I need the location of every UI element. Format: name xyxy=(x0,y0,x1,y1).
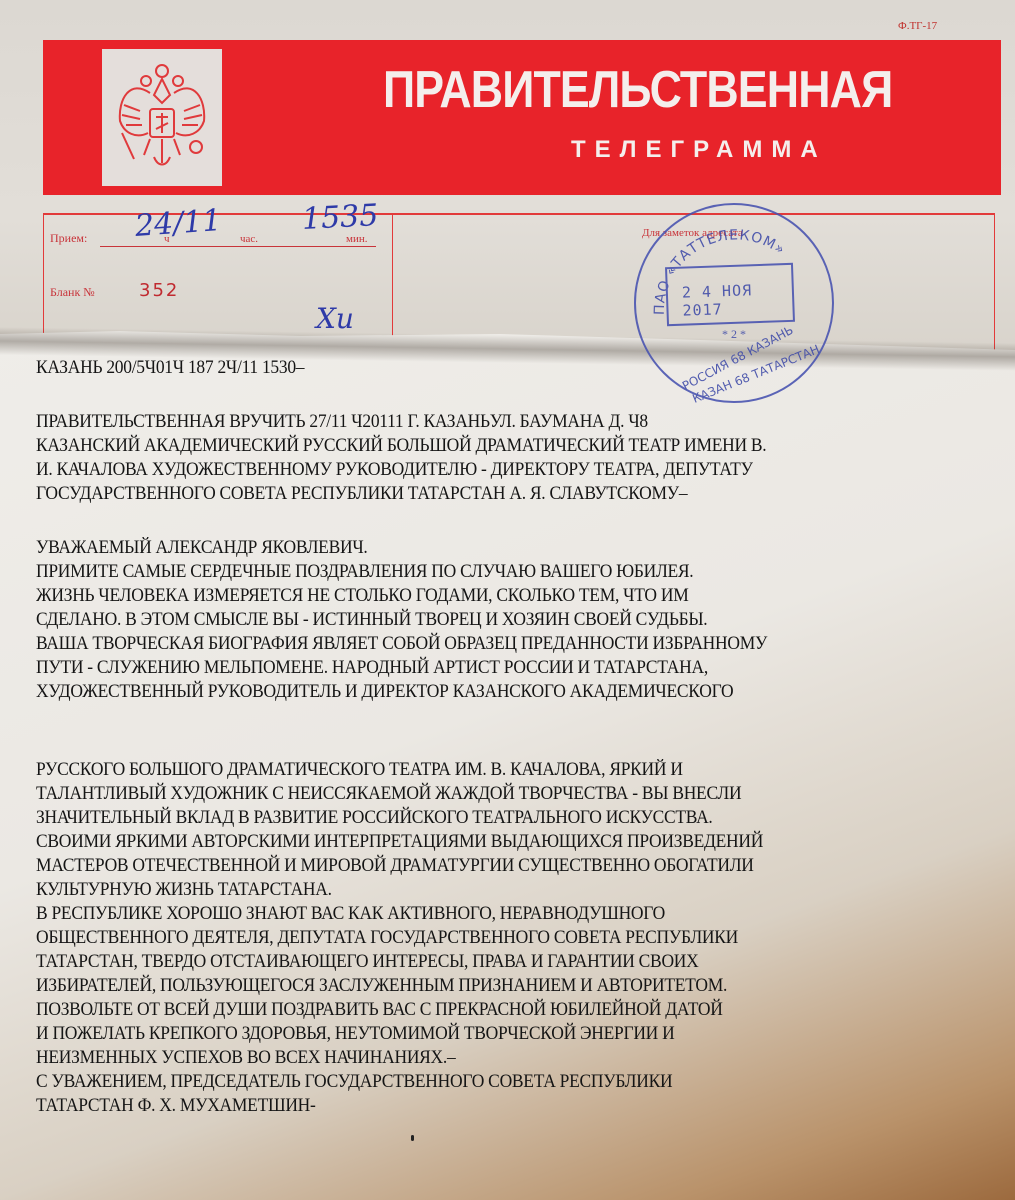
postal-stamp: ПАО «ТАТТЕЛЕКОМ» 2 4 НОЯ 2017 * 2 * РОСС… xyxy=(634,203,834,403)
body-line: ЖИЗНЬ ЧЕЛОВЕКА ИЗМЕРЯЕТСЯ НЕ СТОЛЬКО ГОД… xyxy=(36,584,767,608)
body-line: РУССКОГО БОЛЬШОГО ДРАМАТИЧЕСКОГО ТЕАТРА … xyxy=(36,758,763,782)
address-line: И. КАЧАЛОВА ХУДОЖЕСТВЕННОМУ РУКОВОДИТЕЛЮ… xyxy=(36,458,766,482)
telegram-header-line: КАЗАНЬ 200/5Ч01Ч 187 2Ч/11 1530– xyxy=(36,356,304,380)
address-line: ПРАВИТЕЛЬСТВЕННАЯ ВРУЧИТЬ 27/11 Ч20111 Г… xyxy=(36,410,766,434)
banner-title: ПРАВИТЕЛЬСТВЕННАЯ xyxy=(383,60,909,120)
body-line: С УВАЖЕНИЕМ, ПРЕДСЕДАТЕЛЬ ГОСУДАРСТВЕННО… xyxy=(36,1070,763,1094)
body-line: СДЕЛАНО. В ЭТОМ СМЫСЛЕ ВЫ - ИСТИННЫЙ ТВО… xyxy=(36,608,767,632)
body-line: ПУТИ - СЛУЖЕНИЮ МЕЛЬПОМЕНЕ. НАРОДНЫЙ АРТ… xyxy=(36,656,767,680)
telegram-body-part-2: РУССКОГО БОЛЬШОГО ДРАМАТИЧЕСКОГО ТЕАТРА … xyxy=(36,758,763,1118)
body-line: ИЗБИРАТЕЛЕЙ, ПОЛЬЗУЮЩЕГОСЯ ЗАСЛУЖЕННЫМ П… xyxy=(36,974,763,998)
banner-subtitle: ТЕЛЕГРАММА xyxy=(571,136,827,164)
telegram-address: ПРАВИТЕЛЬСТВЕННАЯ ВРУЧИТЬ 27/11 Ч20111 Г… xyxy=(36,410,766,506)
address-line: КАЗАНСКИЙ АКАДЕМИЧЕСКИЙ РУССКИЙ БОЛЬШОЙ … xyxy=(36,434,766,458)
blank-number: 352 xyxy=(139,280,179,301)
body-line: И ПОЖЕЛАТЬ КРЕПКОГО ЗДОРОВЬЯ, НЕУТОМИМОЙ… xyxy=(36,1022,763,1046)
telegram-body-part-1: УВАЖАЕМЫЙ АЛЕКСАНДР ЯКОВЛЕВИЧ. ПРИМИТЕ С… xyxy=(36,536,767,704)
handwritten-date: 24/11 xyxy=(134,203,223,244)
receipt-underline xyxy=(100,246,376,247)
body-line: ВАША ТВОРЧЕСКАЯ БИОГРАФИЯ ЯВЛЯЕТ СОБОЙ О… xyxy=(36,632,767,656)
body-line: ТАТАРСТАН, ТВЕРДО ОТСТАИВАЮЩЕГО ИНТЕРЕСЫ… xyxy=(36,950,763,974)
body-line: СВОИМИ ЯРКИМИ АВТОРСКИМИ ИНТЕРПРЕТАЦИЯМИ… xyxy=(36,830,763,854)
stamp-marker: * 2 * xyxy=(722,327,746,342)
form-code: Ф.ТГ-17 xyxy=(898,20,937,32)
body-line: НЕИЗМЕННЫХ УСПЕХОВ ВО ВСЕХ НАЧИНАНИЯХ.– xyxy=(36,1046,763,1070)
body-line: В РЕСПУБЛИКЕ ХОРОШО ЗНАЮТ ВАС КАК АКТИВН… xyxy=(36,902,763,926)
stamp-date: 2 4 НОЯ 2017 xyxy=(682,280,793,320)
hour-label: час. xyxy=(240,233,258,245)
body-line: КУЛЬТУРНУЮ ЖИЗНЬ ТАТАРСТАНА. xyxy=(36,878,763,902)
body-line: ТАЛАНТЛИВЫЙ ХУДОЖНИК С НЕИССЯКАЕМОЙ ЖАЖД… xyxy=(36,782,763,806)
minute-label: мин. xyxy=(346,233,367,245)
body-line: ЗНАЧИТЕЛЬНЫЙ ВКЛАД В РАЗВИТИЕ РОССИЙСКОГ… xyxy=(36,806,763,830)
emblem-frame xyxy=(102,49,222,186)
body-line: МАСТЕРОВ ОТЕЧЕСТВЕННОЙ И МИРОВОЙ ДРАМАТУ… xyxy=(36,854,763,878)
ink-dot xyxy=(411,1135,414,1141)
handwritten-time: 1535 xyxy=(301,198,379,237)
russian-coat-of-arms-icon xyxy=(110,59,214,177)
handwritten-initials: Хи xyxy=(316,302,354,335)
address-line: ГОСУДАРСТВЕННОГО СОВЕТА РЕСПУБЛИКИ ТАТАР… xyxy=(36,482,766,506)
body-line: УВАЖАЕМЫЙ АЛЕКСАНДР ЯКОВЛЕВИЧ. xyxy=(36,536,767,560)
blank-label: Бланк № xyxy=(50,285,95,300)
body-line: ПОЗВОЛЬТЕ ОТ ВСЕЙ ДУШИ ПОЗДРАВИТЬ ВАС С … xyxy=(36,998,763,1022)
body-line: ПРИМИТЕ САМЫЕ СЕРДЕЧНЫЕ ПОЗДРАВЛЕНИЯ ПО … xyxy=(36,560,767,584)
header-banner: ПРАВИТЕЛЬСТВЕННАЯ ТЕЛЕГРАММА xyxy=(43,40,1001,195)
body-line: ХУДОЖЕСТВЕННЫЙ РУКОВОДИТЕЛЬ И ДИРЕКТОР К… xyxy=(36,680,767,704)
body-line: ОБЩЕСТВЕННОГО ДЕЯТЕЛЯ, ДЕПУТАТА ГОСУДАРС… xyxy=(36,926,763,950)
header-line: КАЗАНЬ 200/5Ч01Ч 187 2Ч/11 1530– xyxy=(36,356,304,380)
stamp-date-box: 2 4 НОЯ 2017 xyxy=(665,263,795,326)
body-line: ТАТАРСТАН Ф. Х. МУХАМЕТШИН- xyxy=(36,1094,763,1118)
receipt-label: Прием: xyxy=(50,231,87,246)
